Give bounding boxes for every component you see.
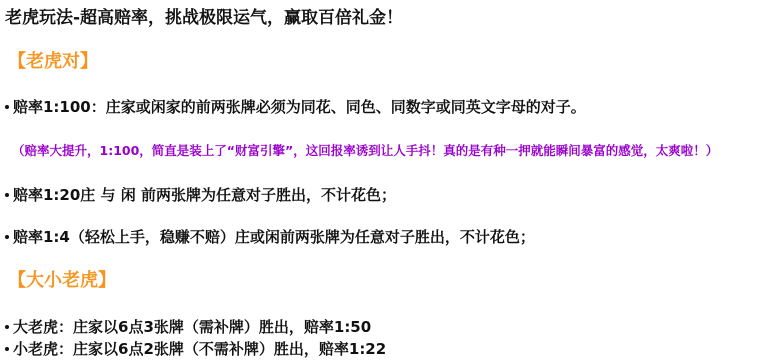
bullet-item: 大老虎：庄家以6点3张牌（需补牌）胜出，赔率1:50 — [5, 320, 371, 335]
section-heading-big-small-tiger: 【大小老虎】 — [8, 272, 116, 290]
bullet-icon — [5, 325, 9, 329]
bullet-text: 赔率1:100：庄家或闲家的前两张牌必须为同花、同色、同数字或同英文字母的对子。 — [13, 98, 586, 116]
bullet-text: 小老虎：庄家以6点2张牌（不需补牌）胜出，赔率1:22 — [13, 340, 386, 358]
bullet-item: 小老虎：庄家以6点2张牌（不需补牌）胜出，赔率1:22 — [5, 342, 386, 357]
bullet-item: 赔率1:100：庄家或闲家的前两张牌必须为同花、同色、同数字或同英文字母的对子。 — [5, 100, 586, 115]
section-heading-tiger-pair: 【老虎对】 — [8, 53, 98, 71]
bullet-icon — [5, 105, 9, 109]
bullet-text: 大老虎：庄家以6点3张牌（需补牌）胜出，赔率1:50 — [13, 318, 371, 336]
bullet-text: 赔率1:20庄 与 闲 前两张牌为任意对子胜出，不计花色； — [13, 186, 396, 204]
bullet-icon — [5, 235, 9, 239]
bullet-icon — [5, 193, 9, 197]
bullet-item: 赔率1:20庄 与 闲 前两张牌为任意对子胜出，不计花色； — [5, 188, 396, 203]
page-title: 老虎玩法-超高赔率，挑战极限运气，赢取百倍礼金！ — [5, 10, 403, 27]
bullet-item: 赔率1:4（轻松上手，稳赚不赔）庄或闲前两张牌为任意对子胜出，不计花色； — [5, 230, 535, 245]
bullet-icon — [5, 347, 9, 351]
bullet-text: 赔率1:4（轻松上手，稳赚不赔）庄或闲前两张牌为任意对子胜出，不计花色； — [13, 228, 535, 246]
highlight-note: （赔率大提升，1:100，简直是装上了“财富引擎”，这回报率诱到让人手抖！真的是… — [12, 145, 718, 158]
